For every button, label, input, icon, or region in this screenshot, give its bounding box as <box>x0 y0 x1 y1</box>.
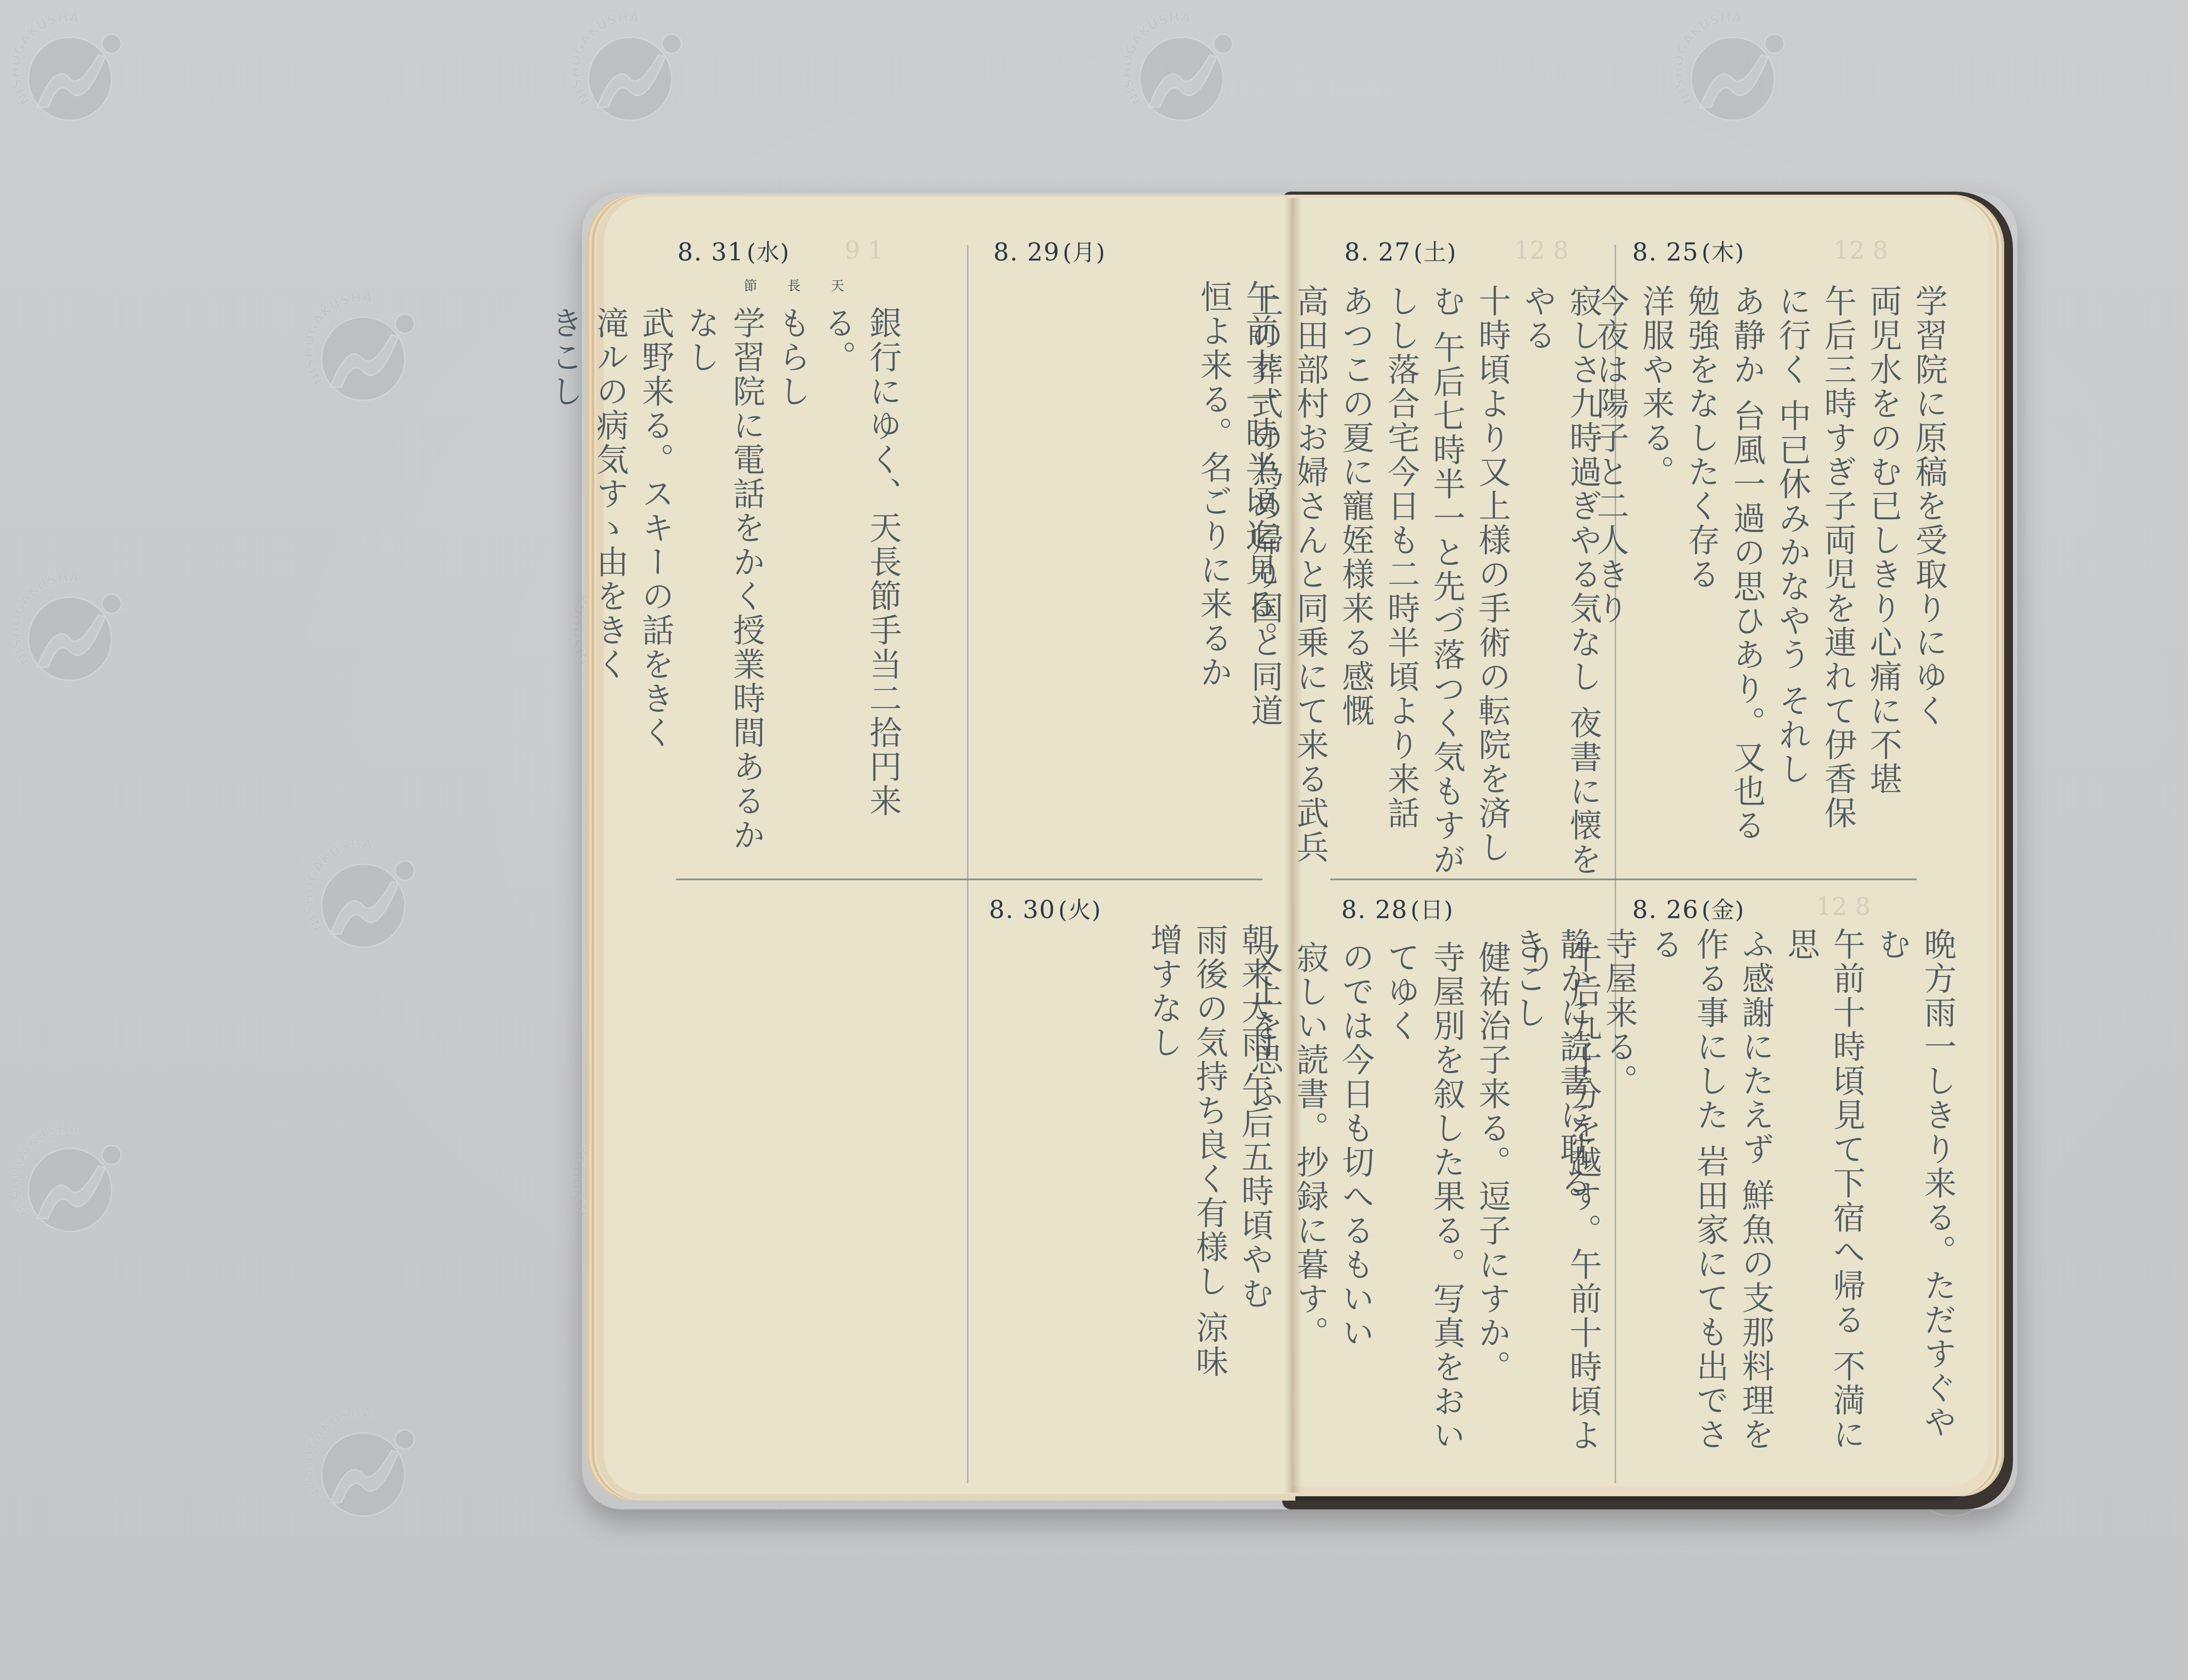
left-page-vertical-rule <box>967 245 968 1483</box>
left-page-horizontal-rule <box>676 878 1262 880</box>
entry-line: に行く 中已休みかなやう それし <box>1770 284 1815 844</box>
entry-line: 寂しい読書。抄録に暮す。 <box>1287 941 1333 1466</box>
entry-line: 又上を思ふ <box>1242 941 1287 1466</box>
entry-line: 静かに読書に耽る <box>1551 927 1596 1461</box>
entry-line: あつこの夏に寵姪様来る感慨 <box>1333 284 1378 888</box>
date: 8. 26 <box>1632 896 1699 924</box>
nishogakusha-logo-icon: NISHOGAKUSHA <box>306 1409 420 1522</box>
show-through-text: 12 8 <box>1514 236 1569 265</box>
date-heading-8-27: 8. 27(土) <box>1344 234 1457 267</box>
entry-line: 銀行にゆく、天長節手当二拾円来る。 <box>815 306 906 875</box>
date-heading-8-25: 8. 25(木) <box>1632 234 1745 267</box>
entry-line: 增すなし <box>1141 923 1187 1426</box>
diary-entry-8-31: 銀行にゆく、天長節手当二拾円来る。 もらし 学習院に電話をかく授業時間あるか な… <box>635 306 906 875</box>
entry-line: 高田部村お婦さんと同乗にて来る武兵 <box>1287 284 1333 888</box>
date: 8. 30 <box>989 896 1056 924</box>
date: 8. 28 <box>1341 896 1408 924</box>
entry-line: 今夜は陽子と二人きり <box>1588 284 1633 844</box>
entry-line: 滝ルの病気すゝ由をきく <box>587 306 633 875</box>
entry-line: なし <box>678 306 724 875</box>
date: 8. 27 <box>1344 238 1411 266</box>
nishogakusha-logo-icon: NISHOGAKUSHA <box>1125 13 1238 127</box>
entry-line: のでは今日も切へるもいい <box>1333 941 1378 1466</box>
date: 8. 29 <box>993 238 1060 266</box>
entry-line: 恒よ来る。名ごりに来るか <box>1191 280 1237 805</box>
entry-line: む 午后七時半一と先づ落つく気もすが <box>1424 284 1469 888</box>
nishogakusha-logo-icon: NISHOGAKUSHA <box>573 13 687 127</box>
nishogakusha-logo-icon: NISHOGAKUSHA <box>1676 13 1790 127</box>
entry-line: しし落合宅今日も二時半頃より来話 <box>1378 284 1424 888</box>
diary-entry-8-25: 学習院に原稿を受取りにゆく 両児水をのむ已しきり心痛に不堪 午后三時すぎ子両児を… <box>1619 284 1952 844</box>
entry-line: 上の葬式の為め帰り国と同道 <box>1242 284 1287 888</box>
weekday: (木) <box>1702 240 1745 266</box>
entry-line: 洋服や来る。 <box>1633 284 1679 844</box>
date: 8. 25 <box>1632 238 1699 266</box>
nishogakusha-logo-icon: NISHOGAKUSHA <box>13 573 127 687</box>
weekday: (火) <box>1059 897 1102 924</box>
date-heading-8-26: 8. 26(金) <box>1632 892 1745 924</box>
weekday: (金) <box>1702 897 1745 924</box>
date-heading-8-28: 8. 28(日) <box>1341 892 1454 924</box>
holiday-label: 節 長 天 <box>744 275 857 294</box>
entry-line: 学習院に電話をかく授業時間あるか <box>724 306 769 875</box>
entry-line: 午前十時頃見て下宿へ帰る 不満に思 <box>1778 927 1869 1461</box>
diary-entry-8-27: 寂しさ九時過ぎやる気なし 夜書に懐をやる 十時頃より又上様の手術の転院を済し む… <box>1300 284 1606 888</box>
show-through-text: 9 1 <box>845 236 884 265</box>
nishogakusha-logo-icon: NISHOGAKUSHA <box>13 13 127 127</box>
date-heading-8-29: 8. 29(月) <box>993 234 1106 267</box>
date: 8. 31 <box>677 238 744 266</box>
entry-line: 両児水をのむ已しきり心痛に不堪 <box>1861 284 1906 844</box>
nishogakusha-logo-icon: NISHOGAKUSHA <box>13 1124 127 1238</box>
entry-line: 寺屋別を叙した果る。写真をおいてゆく <box>1378 941 1469 1466</box>
entry-line: あ静か 台風一過の思ひあり。又也る <box>1724 284 1770 844</box>
show-through-text: 12 8 <box>1816 892 1871 921</box>
show-through-text: 12 8 <box>1834 236 1888 265</box>
entry-line: 十時頃より又上様の手術の転院を済し <box>1469 284 1515 888</box>
entry-line: 作る事にした 岩田家にても出でさる <box>1642 927 1733 1461</box>
entry-line: 午后三時すぎ子両児を連れて伊香保 <box>1815 284 1861 844</box>
entry-line: 寺屋来る。 <box>1596 927 1642 1461</box>
entry-line: 学習院に原稿を受取りにゆく <box>1906 284 1952 844</box>
entry-line: 勉強をなしたく存る <box>1679 284 1724 844</box>
diary-entry-8-26: 晩方雨一しきり来る。ただすぐやむ 午前十時頃見て下宿へ帰る 不満に思 ふ感謝にた… <box>1654 927 1960 1461</box>
weekday: (日) <box>1411 897 1454 924</box>
weekday: (月) <box>1063 240 1106 266</box>
entry-line: もらし <box>769 306 815 875</box>
entry-line: きこし <box>1505 927 1551 1461</box>
nishogakusha-logo-icon: NISHOGAKUSHA <box>306 840 420 954</box>
entry-line: 晩方雨一しきり来る。ただすぐやむ <box>1869 927 1960 1461</box>
weekday: (水) <box>747 240 790 266</box>
weekday: (土) <box>1414 240 1457 266</box>
date-heading-8-31: 8. 31(水) <box>677 234 790 267</box>
nishogakusha-logo-icon: NISHOGAKUSHA <box>306 293 420 407</box>
entry-line: 雨後の気持ち良く有様し 涼味 <box>1187 923 1232 1426</box>
entry-line: 武野来る。スキーの話をきく <box>633 306 678 875</box>
entry-line: きこし <box>542 306 587 875</box>
entry-line: ふ感謝にたえず 鮮魚の支那料理を <box>1733 927 1778 1461</box>
date-heading-8-30: 8. 30(火) <box>989 892 1101 924</box>
